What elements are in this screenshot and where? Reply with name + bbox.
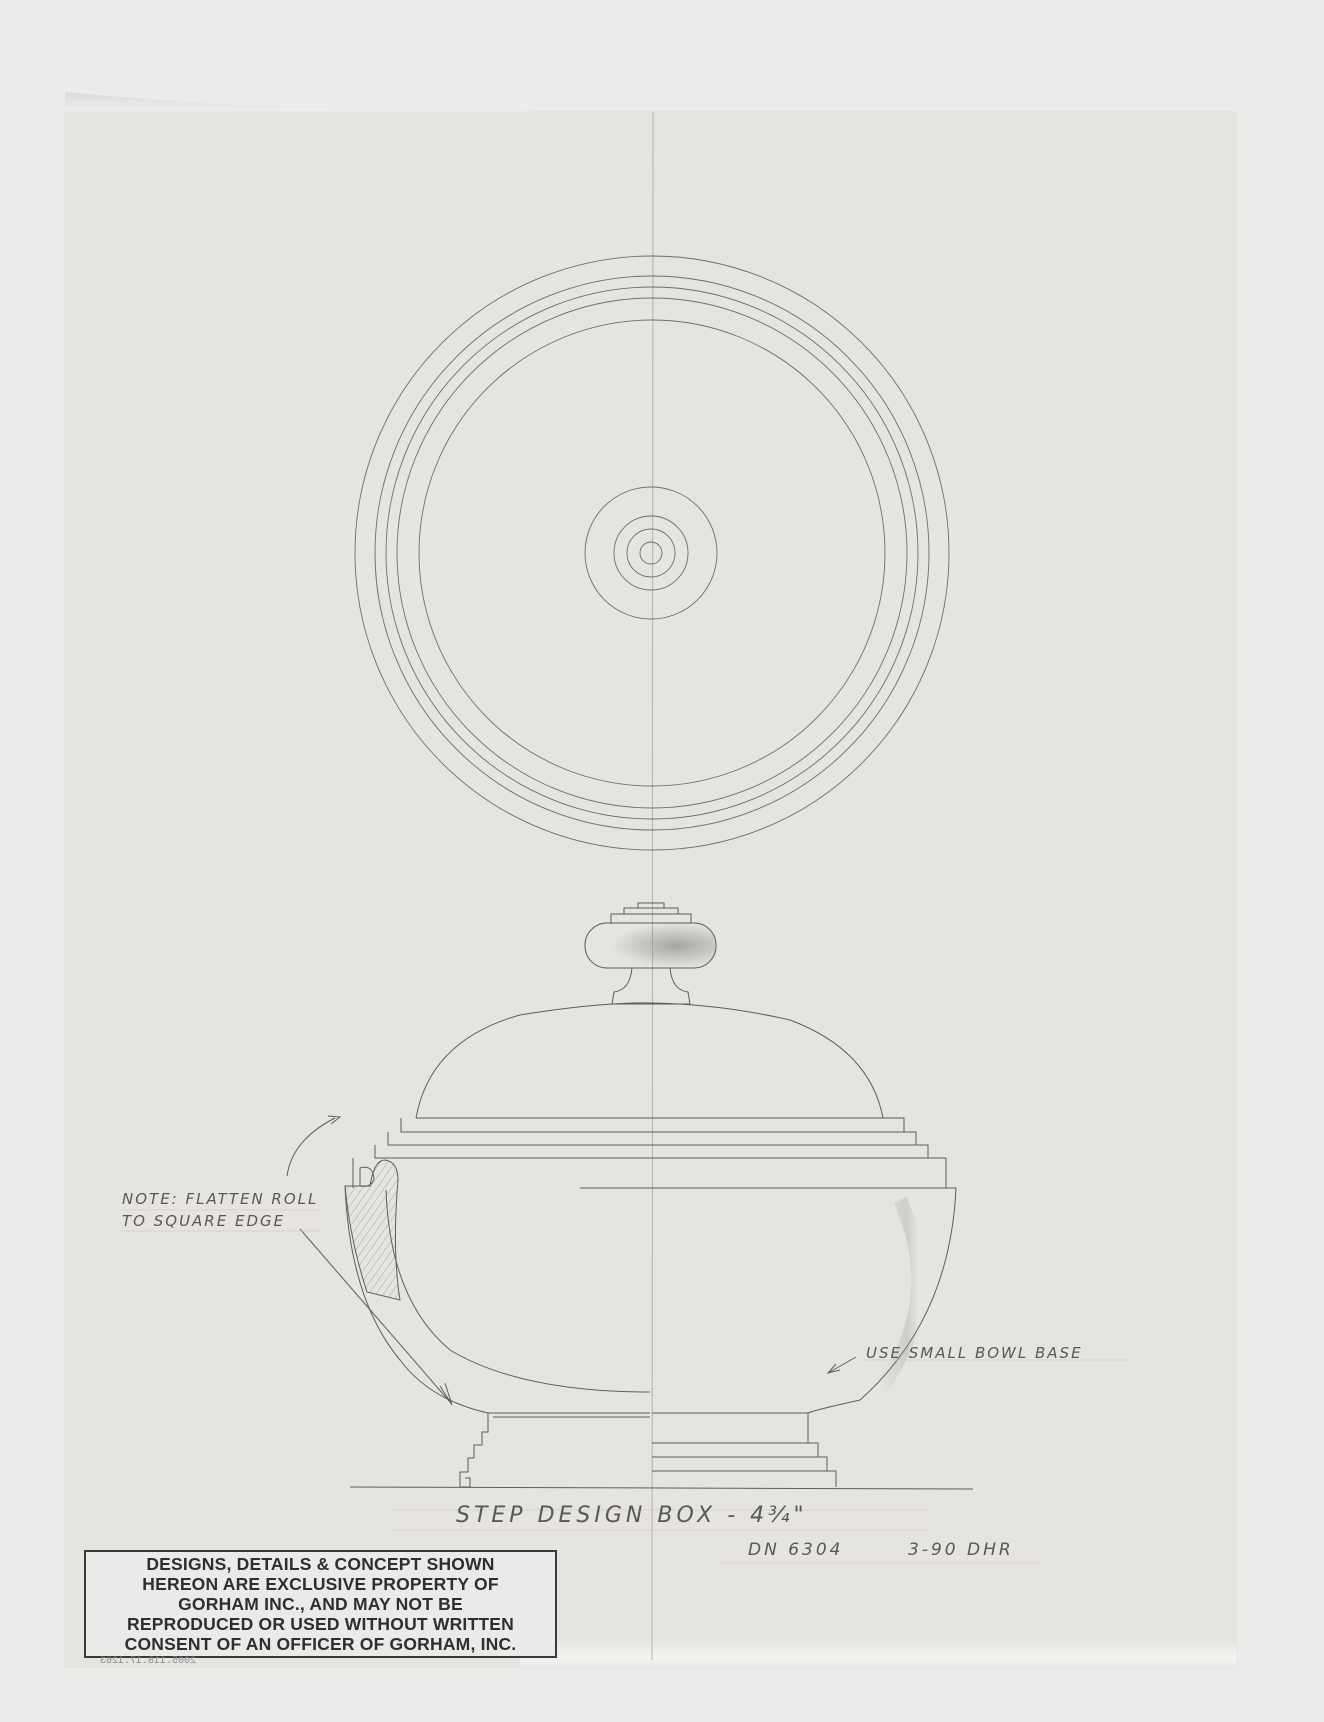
bowl-inner-left [386,1190,650,1392]
stamp-line: GORHAM INC., AND MAY NOT BE [178,1594,463,1614]
stamp-line: HEREON ARE EXCLUSIVE PROPERTY OF [142,1574,498,1594]
center-line [652,112,653,1660]
ground-line [350,1487,973,1489]
design-number: DN 6304 [748,1540,843,1560]
stamp-line: REPRODUCED OR USED WITHOUT WRITTEN [127,1614,514,1634]
side-elevation [345,903,973,1489]
note-line-1: NOTE: FLATTEN ROLL [122,1190,318,1208]
accession-number-mirrored: 2005.118.17.1263 [100,1656,196,1667]
knob [585,903,716,1004]
technical-drawing [0,0,1324,1722]
base-arrow [828,1357,856,1373]
base-callout: USE SMALL BOWL BASE [866,1344,1083,1362]
drawing-title: STEP DESIGN BOX - 4¾" [456,1503,808,1528]
foot-left [460,1413,650,1487]
top-view-lid [355,256,949,850]
base-right [652,1413,836,1487]
stamp-line: CONSENT OF AN OFFICER OF GORHAM, INC. [125,1634,517,1654]
stamp-line: DESIGNS, DETAILS & CONCEPT SHOWN [146,1554,494,1574]
curved-arrow [287,1118,335,1176]
lid-steps [353,1118,956,1188]
lid-dome [416,1003,883,1118]
copyright-stamp: DESIGNS, DETAILS & CONCEPT SHOWN HEREON … [84,1550,557,1658]
note-line-2: TO SQUARE EDGE [122,1212,285,1230]
date-initials: 3-90 DHR [908,1540,1014,1560]
